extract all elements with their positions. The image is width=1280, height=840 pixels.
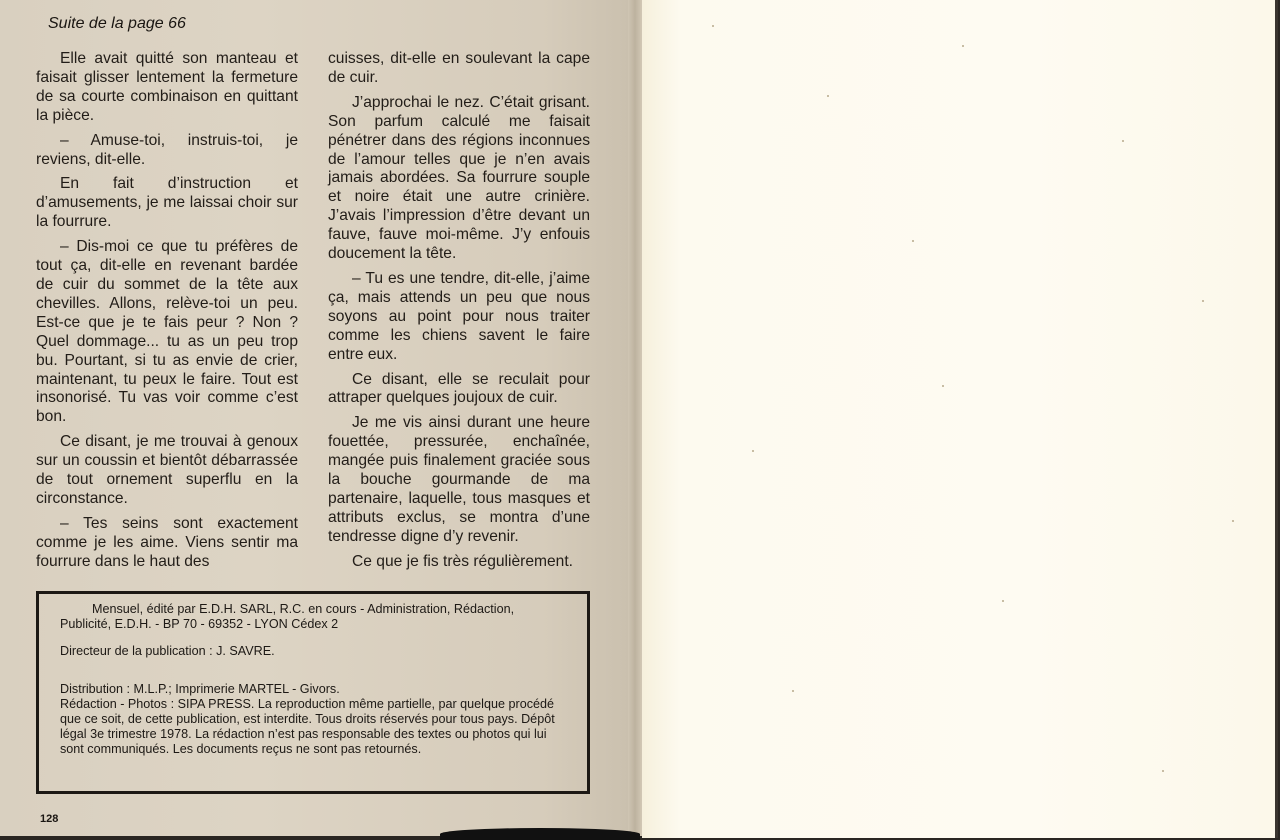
left-page: Suite de la page 66 Elle avait quitté so… (0, 0, 638, 836)
imprint-rights: Rédaction - Photos : SIPA PRESS. La repr… (60, 697, 567, 758)
paper-speck (827, 95, 829, 97)
paper-speck (792, 690, 794, 692)
paper-speck (942, 385, 944, 387)
paragraph: – Tu es une tendre, dit-elle, j’aime ça,… (328, 270, 590, 365)
paragraph: Ce disant, elle se reculait pour attrape… (328, 371, 590, 409)
paper-speck (1232, 520, 1234, 522)
paragraph: J’approchai le nez. C’était grisant. Son… (328, 94, 590, 264)
paper-speck (912, 240, 914, 242)
right-page-blank (642, 0, 1278, 838)
paragraph: – Amuse-toi, instruis-toi, je reviens, d… (36, 132, 298, 170)
text-column-2: cuisses, dit-elle en soulevant la cape d… (328, 50, 590, 578)
continued-from-label: Suite de la page 66 (48, 15, 186, 33)
paper-speck (1122, 140, 1124, 142)
paragraph: Elle avait quitté son manteau et faisait… (36, 50, 298, 126)
paper-speck (1162, 770, 1164, 772)
page-edge (1275, 0, 1278, 838)
imprint-box: Mensuel, édité par E.D.H. SARL, R.C. en … (36, 591, 590, 794)
imprint-director: Directeur de la publication : J. SAVRE. (60, 644, 567, 659)
imprint-publisher: Mensuel, édité par E.D.H. SARL, R.C. en … (60, 602, 567, 632)
binding-shadow (440, 828, 640, 840)
imprint-distribution: Distribution : M.L.P.; Imprimerie MARTEL… (60, 682, 567, 697)
paper-speck (962, 45, 964, 47)
paragraph: – Tes seins sont exactement comme je les… (36, 515, 298, 572)
paragraph: cuisses, dit-elle en soulevant la cape d… (328, 50, 590, 88)
paper-speck (1002, 600, 1004, 602)
text-column-1: Elle avait quitté son manteau et faisait… (36, 50, 298, 578)
paragraph: Ce que je fis très régulièrement. (328, 553, 590, 572)
paragraph: Ce disant, je me trouvai à genoux sur un… (36, 433, 298, 509)
paper-speck (712, 25, 714, 27)
paper-speck (752, 450, 754, 452)
page-number: 128 (40, 813, 58, 825)
magazine-spread: Suite de la page 66 Elle avait quitté so… (0, 0, 1280, 840)
paragraph: Je me vis ainsi durant une heure fouetté… (328, 414, 590, 546)
paragraph: En fait d’instruction et d’amusements, j… (36, 175, 298, 232)
book-gutter (628, 0, 642, 836)
paper-speck (1202, 300, 1204, 302)
paragraph: – Dis-moi ce que tu préfères de tout ça,… (36, 238, 298, 427)
